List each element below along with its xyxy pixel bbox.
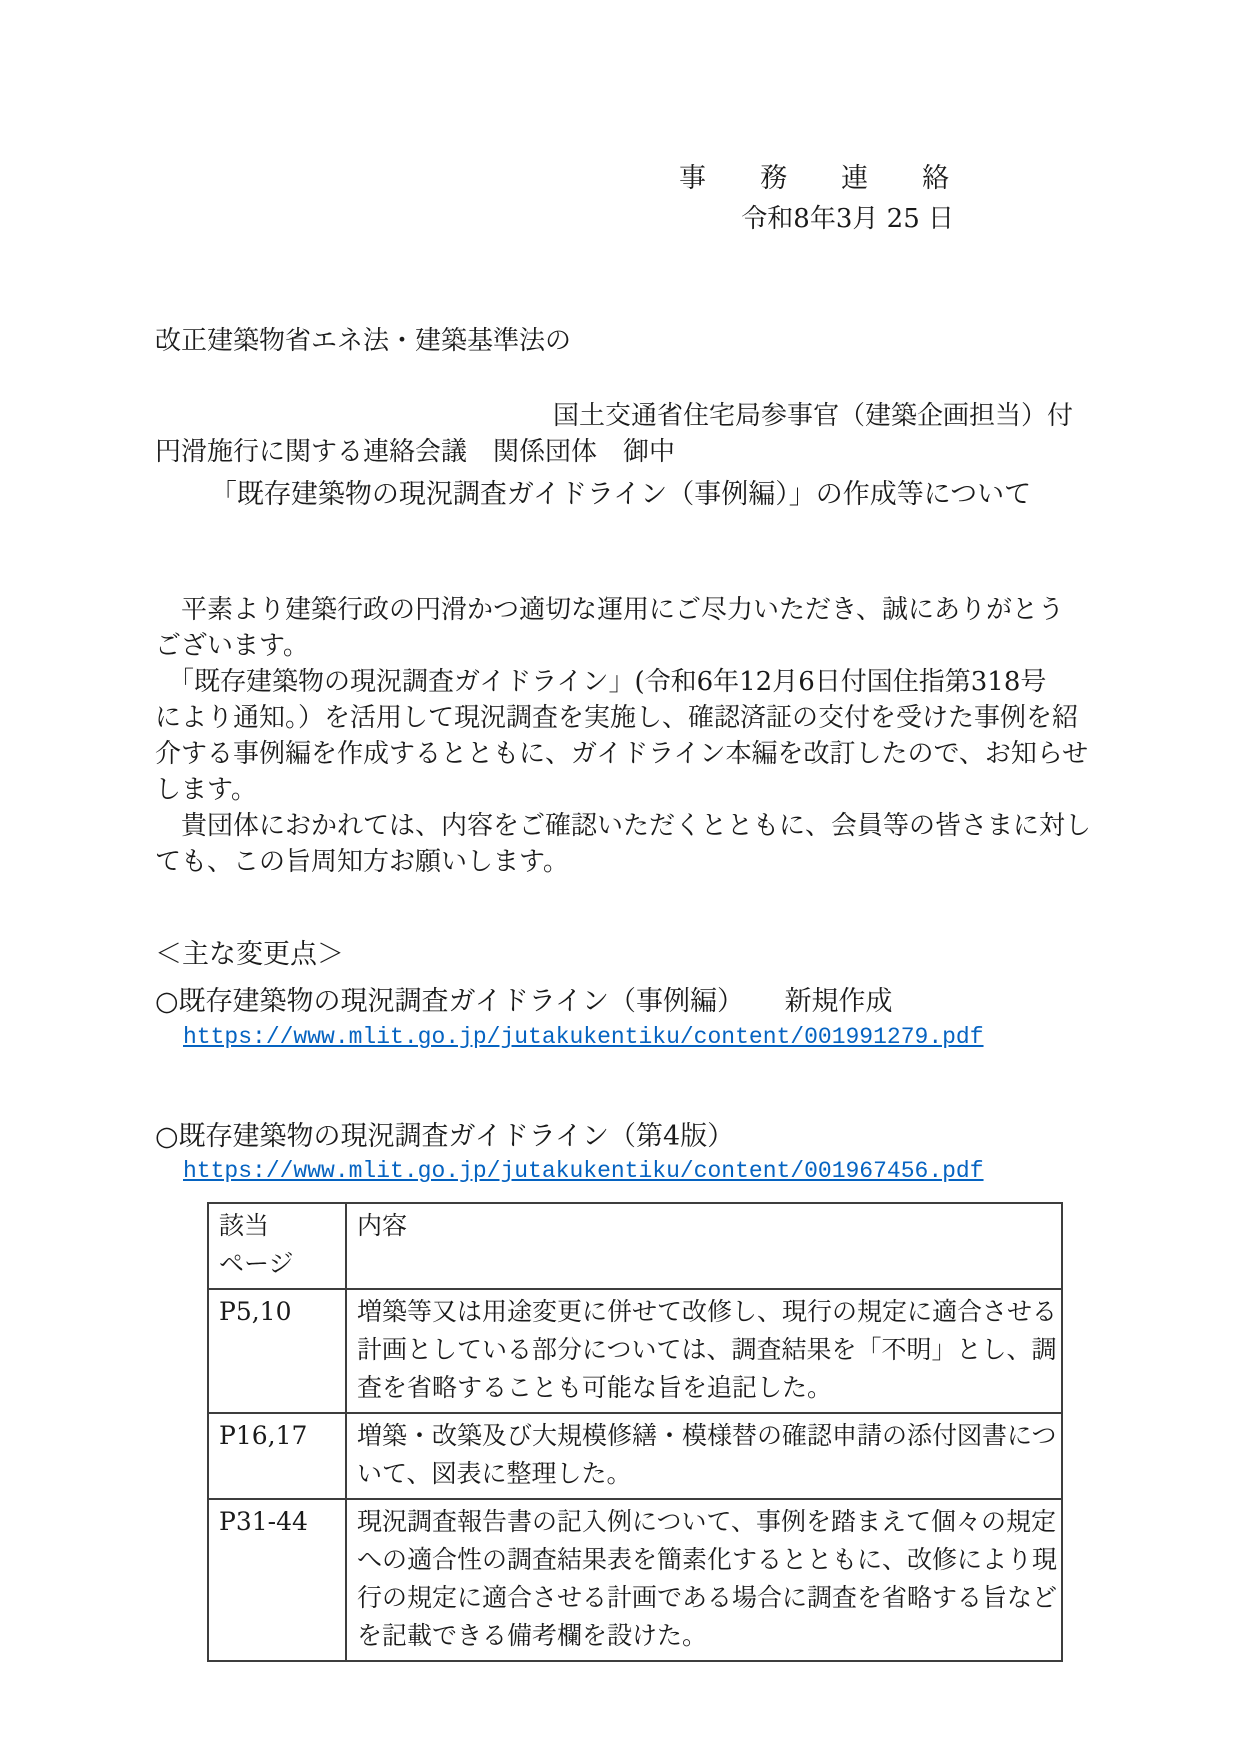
column-header-page: 該当 ページ	[208, 1203, 346, 1289]
table-row: P16,17 増築・改築及び大規模修繕・模様替の確認申請の添付図書につ いて、図…	[208, 1413, 1062, 1499]
cell-content: 増築等又は用途変更に併せて改修し、現行の規定に適合させる 計画としている部分につ…	[346, 1289, 1062, 1413]
table-row: P5,10 増築等又は用途変更に併せて改修し、現行の規定に適合させる 計画として…	[208, 1289, 1062, 1413]
change-item-case-examples: ○既存建築物の現況調査ガイドライン（事例編） 新規作成	[155, 979, 892, 1018]
cell-content: 増築・改築及び大規模修繕・模様替の確認申請の添付図書につ いて、図表に整理した。	[346, 1413, 1062, 1499]
paragraph-greeting: 平素より建築行政の円滑かつ適切な運用にご尽力いただき、誠にありがとう ございます…	[155, 592, 1105, 664]
column-header-content: 内容	[346, 1203, 1062, 1289]
doc-date: 令和8年3月 25 日	[741, 198, 954, 235]
body-paragraphs: 平素より建築行政の円滑かつ適切な運用にご尽力いただき、誠にありがとう ございます…	[155, 592, 1105, 880]
cell-page: P16,17	[208, 1413, 346, 1499]
recipient-line-2: 円滑施行に関する連絡会議 関係団体 御中	[155, 434, 675, 471]
changes-heading: ＜主な変更点＞	[155, 932, 344, 971]
doc-type-label: 事 務 連 絡	[679, 156, 949, 195]
revision-table: 該当 ページ 内容 P5,10 増築等又は用途変更に併せて改修し、現行の規定に適…	[207, 1202, 1063, 1662]
link-4th-edition-pdf[interactable]: https://www.mlit.go.jp/jutakukentiku/con…	[183, 1158, 984, 1184]
recipient-line-1: 改正建築物省エネ法・建築基準法の	[155, 323, 675, 360]
link-case-examples-pdf[interactable]: https://www.mlit.go.jp/jutakukentiku/con…	[183, 1024, 984, 1050]
cell-content: 現況調査報告書の記入例について、事例を踏まえて個々の規定 への適合性の調査結果表…	[346, 1499, 1062, 1661]
sender-line: 国土交通省住宅局参事官（建築企画担当）付	[553, 395, 1073, 432]
cell-page: P31-44	[208, 1499, 346, 1661]
document-title: 「既存建築物の現況調査ガイドライン（事例編）」の作成等について	[0, 472, 1241, 511]
change-item-4th-edition: ○既存建築物の現況調査ガイドライン（第4版）	[155, 1114, 734, 1153]
table-header-row: 該当 ページ 内容	[208, 1203, 1062, 1289]
cell-page: P5,10	[208, 1289, 346, 1413]
document-page: 事 務 連 絡 令和8年3月 25 日 改正建築物省エネ法・建築基準法の 円滑施…	[0, 0, 1241, 1755]
paragraph-main: 「既存建築物の現況調査ガイドライン」(令和6年12月6日付国住指第318号 によ…	[155, 664, 1105, 880]
table-row: P31-44 現況調査報告書の記入例について、事例を踏まえて個々の規定 への適合…	[208, 1499, 1062, 1661]
